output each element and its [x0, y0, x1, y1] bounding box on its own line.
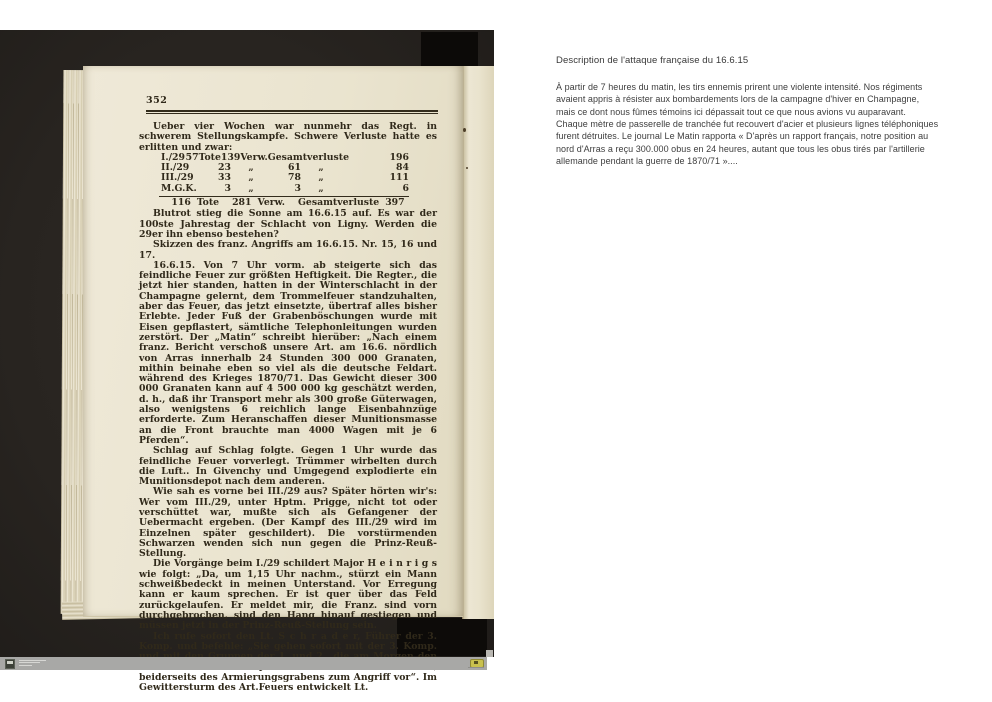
page-header: 352: [139, 90, 438, 114]
scanned-book-page: 352 Ueber vier Wochen war nunmehr das Re…: [83, 66, 463, 617]
scan-black-patch-top-right: [421, 32, 478, 69]
paper-speck: [463, 128, 466, 132]
paragraph: Schlag auf Schlag folgte. Gegen 1 Uhr wu…: [139, 446, 437, 487]
book-fore-edge: [462, 66, 494, 619]
paragraph: 16.6.15. Von 7 Uhr vorm. ab steigerte si…: [139, 261, 437, 446]
paragraph: Die Vorgänge beim I./29 schildert Major …: [139, 559, 437, 631]
paragraph: Skizzen des franz. Angriffs am 16.6.15. …: [139, 240, 437, 261]
table-total-row: 116 Tote 281 Verw. Gesamtverluste 397: [139, 198, 437, 208]
book-scan-photo: 352 Ueber vier Wochen war nunmehr das Re…: [0, 30, 494, 657]
screenshot-root: 352 Ueber vier Wochen war nunmehr das Re…: [0, 0, 992, 702]
header-rule: [146, 110, 438, 114]
translation-panel: Description de l'attaque française du 16…: [556, 55, 939, 167]
paragraph-intro: Ueber vier Wochen war nunmehr das Regt. …: [139, 122, 437, 153]
table-row: M.G.K. 3 „ 3 „ 6: [139, 184, 437, 194]
scan-corner-chip: [486, 650, 493, 657]
paragraph: Blutrot stieg die Sonne am 16.6.15 auf. …: [139, 209, 437, 240]
paragraph: Wie sah es vorne bei III./29 aus? Später…: [139, 487, 437, 559]
paper-speck: [466, 167, 468, 169]
loss-table: I./29 57 Tote 139 Verw. Gesamtverluste19…: [139, 153, 437, 208]
page-text-column: Ueber vier Wochen war nunmehr das Regt. …: [139, 122, 437, 693]
watermark-text-lines: [19, 660, 46, 668]
shelfmark-sub-line: [468, 667, 484, 669]
page-number: 352: [146, 95, 167, 106]
library-logo-icon: [5, 659, 15, 669]
translation-body: À partir de 7 heures du matin, les tirs …: [556, 81, 939, 167]
translation-title: Description de l'attaque française du 16…: [556, 55, 939, 66]
scanner-footer-bar: [0, 657, 487, 670]
